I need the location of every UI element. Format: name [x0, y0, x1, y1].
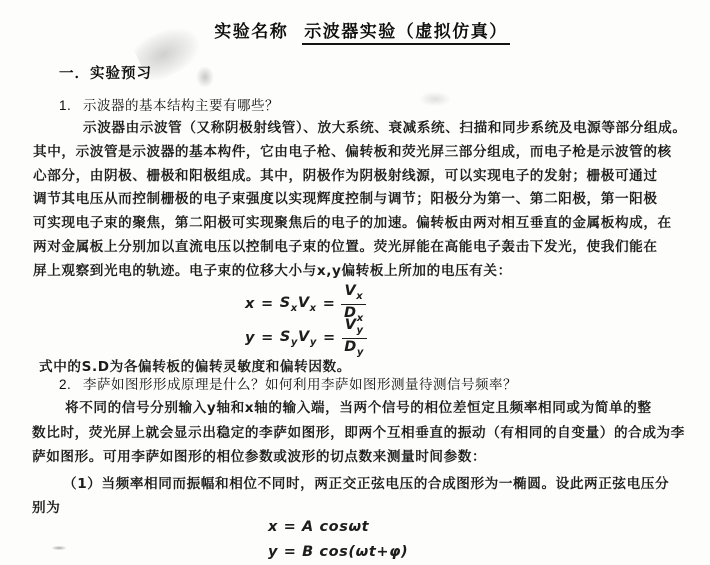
equals-sign: =	[261, 330, 274, 346]
equals-sign: =	[261, 296, 274, 312]
formula-lhs: x	[245, 296, 255, 312]
question-1-text: 示波器的基本结构主要有哪些？	[83, 98, 279, 113]
fraction: Vy Dy	[342, 318, 367, 358]
deflection-formulas: x = SxVx = Vx Dx y = SyVy = Vy Dy	[245, 287, 367, 355]
handwritten-line: 示波器由示波管（又称阴极射线管）、放大系统、衰减系统、扫描和同步系统及电源等部分…	[33, 117, 701, 141]
question-1-number: 1.	[59, 98, 83, 113]
handwritten-line: （1）当频率相同而振幅和相位不同时，两正交正弦电压的合成图形为一椭圆。设此两正弦…	[32, 472, 702, 496]
answer-1-paragraph: 示波器由示波管（又称阴极射线管）、放大系统、衰减系统、扫描和同步系统及电源等部分…	[33, 117, 701, 284]
pencil-smudge	[420, 92, 450, 106]
handwritten-line: 可实现电子束的聚焦，第二阳极可实现聚焦后的电子的加速。偏转板由两对相互垂直的金属…	[33, 212, 701, 236]
equals-sign: =	[323, 296, 336, 312]
question-2: 2.李萨如图形形成原理是什么？如何利用李萨如图形测量待测信号频率？	[59, 373, 517, 393]
title-label: 实验名称	[214, 22, 288, 41]
formula-x-cosine: x = A cosωt	[268, 515, 408, 540]
sensitivity-term: SyVy	[280, 329, 317, 348]
handwritten-line: 两对金属板上分别加以直流电压以控制电子束的位置。荧光屏能在高能电子轰击下发光，使…	[33, 236, 701, 260]
question-2-text: 李萨如图形形成原理是什么？如何利用李萨如图形测量待测信号频率？	[83, 377, 517, 392]
section-heading: 一．实验预习	[59, 62, 152, 83]
handwritten-line: 萨如图形。可用李萨如图形的相位参数或波形的切点数来测量时间参数：	[32, 445, 702, 470]
handwritten-line: 数比时，荧光屏上就会显示出稳定的李萨如图形，即两个互相垂直的振动（有相同的自变量…	[32, 421, 702, 446]
formula-y-cosine: y = B cos(ωt+φ)	[268, 540, 408, 565]
fraction-numerator: Vy	[342, 318, 367, 338]
formula-x-deflection: x = SxVx = Vx Dx	[245, 287, 367, 321]
title-subject: 示波器实验（虚拟仿真）	[302, 22, 510, 45]
formula-lhs: y	[245, 330, 255, 346]
handwritten-line: 将不同的信号分别输入y轴和x轴的输入端，当两个信号的相位差恒定且频率相同或为简单…	[32, 396, 702, 421]
pencil-smudge	[52, 546, 66, 550]
scanned-lab-report-page: 实验名称示波器实验（虚拟仿真） 一．实验预习 1.示波器的基本结构主要有哪些？ …	[0, 0, 710, 565]
handwritten-line: 屏上观察到光电的轨迹。电子束的位移大小与x,y偏转板上所加的电压有关：	[33, 260, 701, 284]
fraction-numerator: Vx	[341, 284, 366, 304]
question-2-number: 2.	[59, 377, 83, 392]
question-1: 1.示波器的基本结构主要有哪些？	[59, 94, 279, 114]
handwritten-line: 调节其电压从而控制栅极的电子束强度以实现辉度控制与调节；阳极分为第一、第二阳极，…	[33, 188, 701, 212]
handwritten-line: 其中，示波管是示波器的基本构件，它由电子枪、偏转板和荧光屏三部分组成，而电子枪是…	[33, 141, 701, 165]
formula-y-deflection: y = SyVy = Vy Dy	[245, 321, 367, 355]
equals-sign: =	[323, 330, 336, 346]
lissajous-formulas: x = A cosωt y = B cos(ωt+φ)	[268, 515, 408, 565]
answer-2-subitem-1: （1）当频率相同而振幅和相位不同时，两正交正弦电压的合成图形为一椭圆。设此两正弦…	[32, 472, 702, 521]
page-title: 实验名称示波器实验（虚拟仿真）	[0, 17, 710, 42]
formula-note: 式中的S.D为各偏转板的偏转灵敏度和偏转因数。	[39, 355, 351, 375]
answer-2-paragraph: 将不同的信号分别输入y轴和x轴的输入端，当两个信号的相位差恒定且频率相同或为简单…	[32, 396, 702, 470]
pencil-smudge	[196, 66, 214, 88]
sensitivity-term: SxVx	[280, 295, 317, 314]
handwritten-line: 心部分，由阴极、栅极和阳极组成。其中，阴极作为阴极射线源，可以实现电子的发射；栅…	[33, 165, 701, 189]
